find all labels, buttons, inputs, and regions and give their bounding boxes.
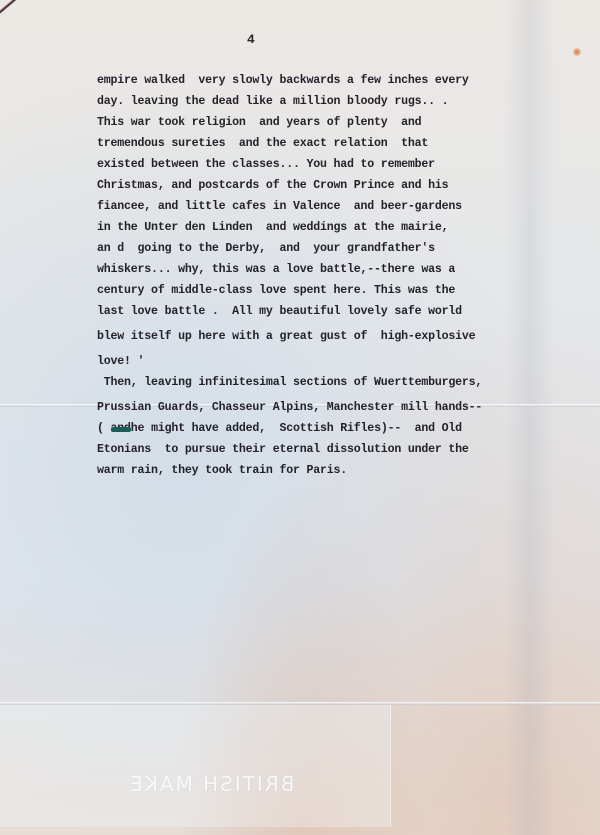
- text-line: love! ': [97, 351, 537, 372]
- text-line: tremendous sureties and the exact relati…: [97, 133, 537, 154]
- text-line: existed between the classes... You had t…: [97, 154, 537, 175]
- text-line: Christmas, and postcards of the Crown Pr…: [97, 175, 537, 196]
- paragraph-1: empire walked very slowly backwards a fe…: [97, 70, 537, 372]
- typewritten-page: BRITISH MAKE 4 empire walked very slowly…: [0, 0, 600, 835]
- text-line: warm rain, they took train for Paris.: [97, 460, 537, 481]
- text-line: whiskers... why, this was a love battle,…: [97, 259, 537, 280]
- watermark-region: [0, 705, 391, 827]
- text-line: empire walked very slowly backwards a fe…: [97, 70, 537, 91]
- text-line: Then, leaving infinitesimal sections of …: [97, 372, 537, 393]
- text-line: This war took religion and years of plen…: [97, 112, 537, 133]
- text-line: an d going to the Derby, and your grandf…: [97, 238, 537, 259]
- paragraph-2: Then, leaving infinitesimal sections of …: [97, 372, 537, 481]
- text-line: Etonians to pursue their eternal dissolu…: [97, 439, 537, 460]
- text-line: last love battle . All my beautiful love…: [97, 301, 537, 322]
- text-segment: he might have added, Scottish Rifles)-- …: [131, 422, 462, 435]
- text-line-with-strikeout: ( andhe might have added, Scottish Rifle…: [97, 418, 537, 439]
- rust-stain: [573, 48, 581, 56]
- text-line: fiancee, and little cafes in Valence and…: [97, 196, 537, 217]
- watermark-text: BRITISH MAKE: [128, 772, 294, 796]
- typed-text: empire walked very slowly backwards a fe…: [97, 70, 537, 481]
- text-segment: (: [97, 422, 111, 435]
- text-line: blew itself up here with a great gust of…: [97, 326, 537, 347]
- struck-out-word: and: [111, 418, 131, 439]
- text-line: day. leaving the dead like a million blo…: [97, 91, 537, 112]
- page-number: 4: [247, 32, 255, 47]
- text-line: Prussian Guards, Chasseur Alpins, Manche…: [97, 397, 537, 418]
- text-line: century of middle-class love spent here.…: [97, 280, 537, 301]
- text-line: in the Unter den Linden and weddings at …: [97, 217, 537, 238]
